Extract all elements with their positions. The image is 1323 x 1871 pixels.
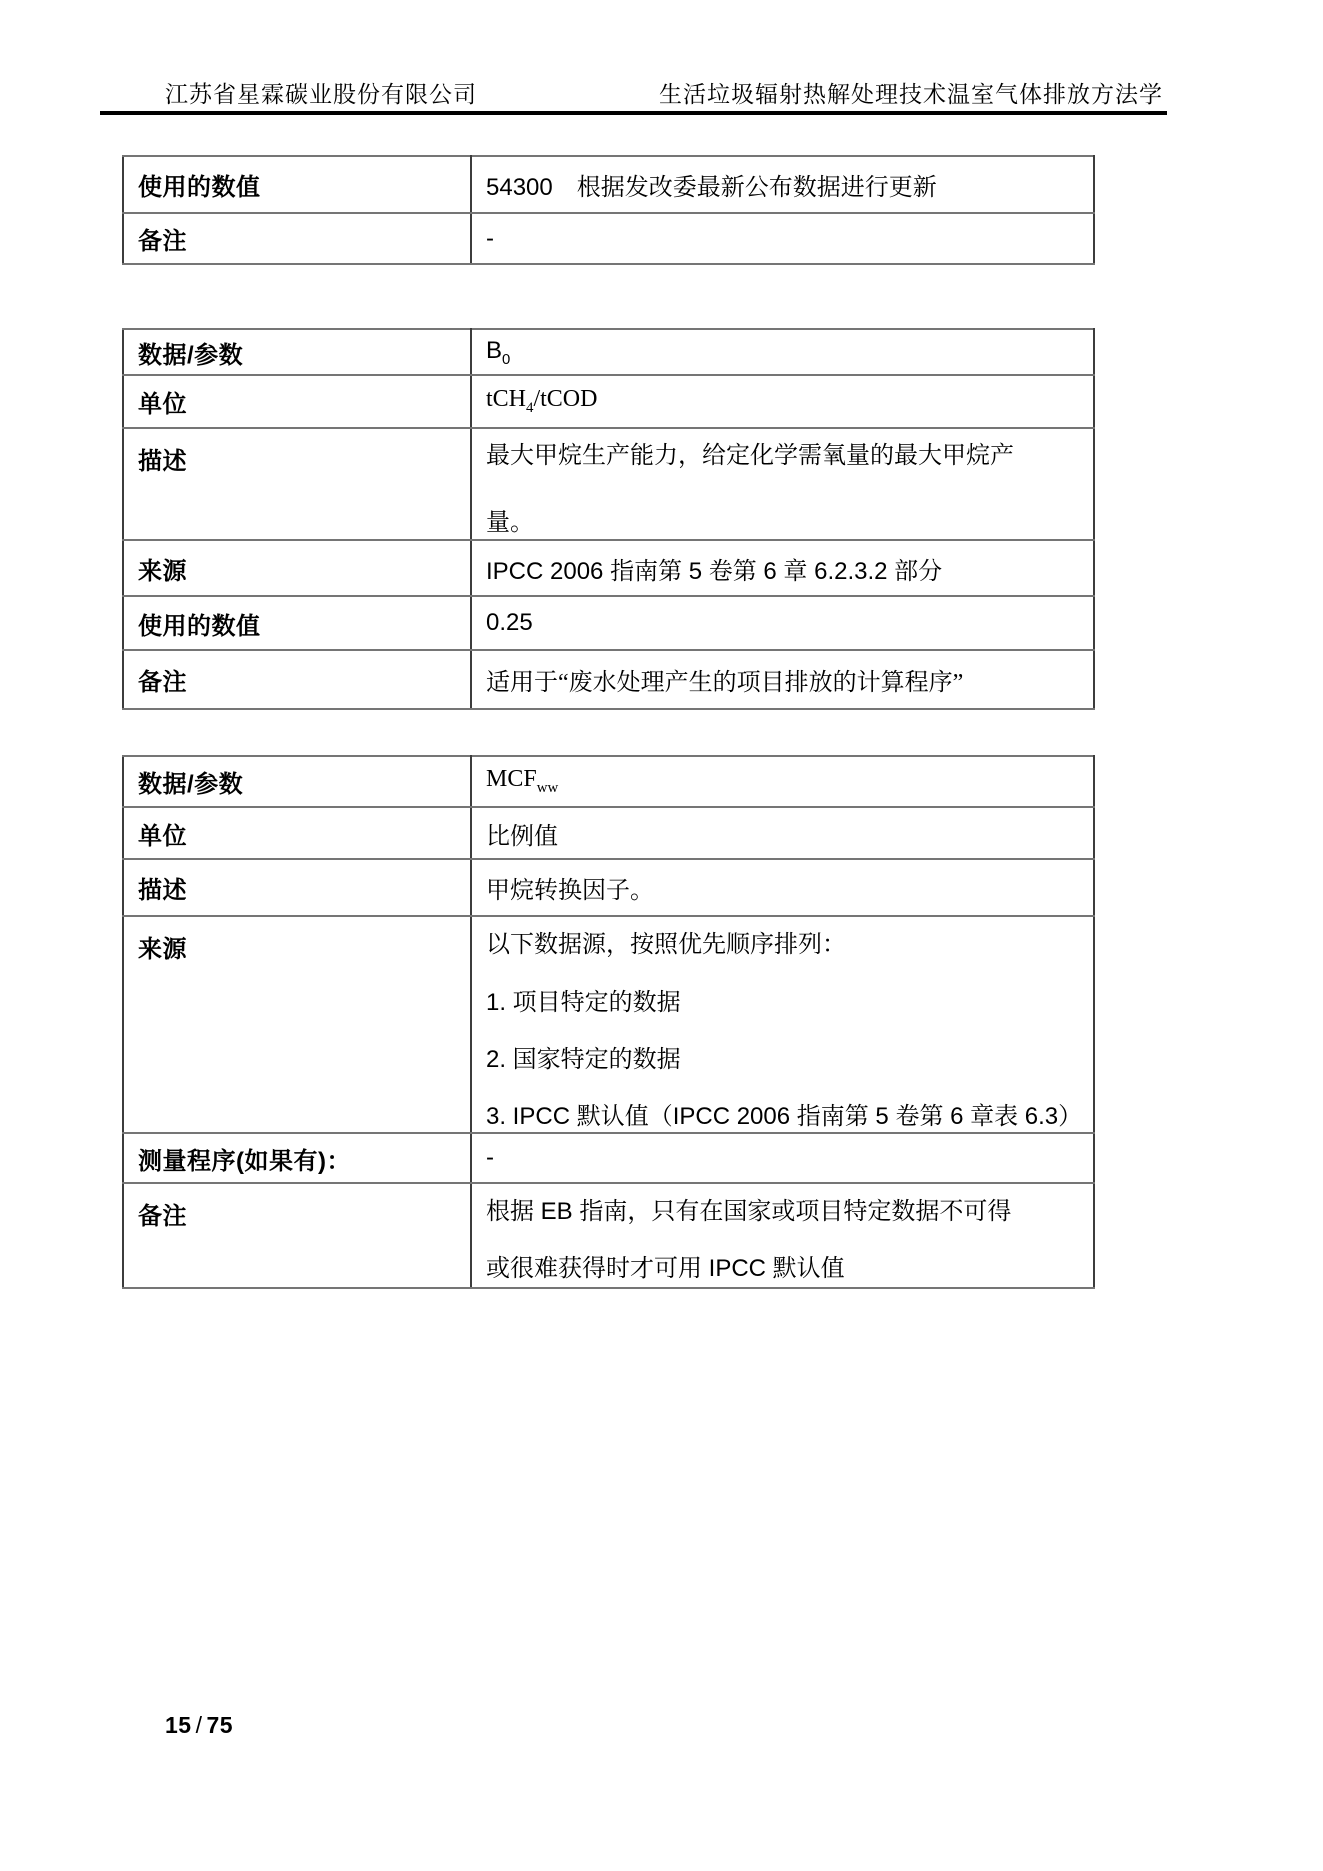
- header-document-title: 生活垃圾辐射热解处理技术温室气体排放方法学: [659, 76, 1163, 109]
- table-row: 来源 IPCC 2006 指南第 5 卷第 6 章 6.2.3.2 部分: [123, 540, 1094, 596]
- document-page: 江苏省星霖碳业股份有限公司 生活垃圾辐射热解处理技术温室气体排放方法学 使用的数…: [0, 0, 1323, 1871]
- description-line: 最大甲烷生产能力，给定化学需氧量的最大甲烷产: [486, 441, 1081, 472]
- row-label-description: 描述: [123, 859, 471, 916]
- row-label-parameter: 数据/参数: [123, 756, 471, 807]
- row-label-remark: 备注: [123, 650, 471, 709]
- row-value-remark: 根据 EB 指南，只有在国家或项目特定数据不可得 或很难获得时才可用 IPCC …: [471, 1183, 1094, 1288]
- table-row: 备注 -: [123, 213, 1094, 264]
- table-gap: [122, 710, 1093, 755]
- table-row: 来源 以下数据源，按照优先顺序排列： 1. 项目特定的数据 2. 国家特定的数据…: [123, 916, 1094, 1133]
- unit-base: tCH: [486, 386, 526, 412]
- row-label-value-used: 使用的数值: [123, 156, 471, 213]
- table-row: 测量程序(如果有)： -: [123, 1133, 1094, 1183]
- row-label-source: 来源: [123, 540, 471, 596]
- source-line: 2. 国家特定的数据: [486, 1044, 1081, 1075]
- row-value-parameter: B0: [471, 329, 1094, 375]
- row-label-remark: 备注: [123, 213, 471, 264]
- table-row: 使用的数值 54300 根据发改委最新公布数据进行更新: [123, 156, 1094, 213]
- row-value-remark: -: [471, 213, 1094, 264]
- row-value-source: IPCC 2006 指南第 5 卷第 6 章 6.2.3.2 部分: [471, 540, 1094, 596]
- table-row: 单位 比例值: [123, 807, 1094, 859]
- table-row: 使用的数值 0.25: [123, 596, 1094, 650]
- description-line: 量。: [486, 508, 1081, 539]
- row-value-source: 以下数据源，按照优先顺序排列： 1. 项目特定的数据 2. 国家特定的数据 3.…: [471, 916, 1094, 1133]
- parameter-table-continuation: 使用的数值 54300 根据发改委最新公布数据进行更新 备注 -: [122, 155, 1095, 265]
- page-number-separator: /: [192, 1712, 207, 1738]
- page-number: 15/75: [165, 1712, 233, 1739]
- row-label-measurement-procedure: 测量程序(如果有)：: [123, 1133, 471, 1183]
- page-content: 使用的数值 54300 根据发改委最新公布数据进行更新 备注 - 数据/参数 B…: [122, 155, 1093, 1289]
- row-value-unit: tCH4/tCOD: [471, 375, 1094, 428]
- remark-line: 或很难获得时才可用 IPCC 默认值: [486, 1253, 1081, 1284]
- parameter-table-mcfww: 数据/参数 MCFww 单位 比例值 描述 甲烷转换因子。 来源 以下数据源，按…: [122, 755, 1095, 1289]
- param-symbol-subscript: ww: [537, 780, 559, 796]
- page-number-total: 75: [206, 1712, 233, 1738]
- table-gap: [122, 265, 1093, 328]
- table-row: 单位 tCH4/tCOD: [123, 375, 1094, 428]
- row-value-value-used: 54300 根据发改委最新公布数据进行更新: [471, 156, 1094, 213]
- source-line: 1. 项目特定的数据: [486, 987, 1081, 1018]
- table-row: 描述 甲烷转换因子。: [123, 859, 1094, 916]
- table-row: 备注 根据 EB 指南，只有在国家或项目特定数据不可得 或很难获得时才可用 IP…: [123, 1183, 1094, 1288]
- row-label-unit: 单位: [123, 807, 471, 859]
- row-label-remark: 备注: [123, 1183, 471, 1288]
- row-value-value-used: 0.25: [471, 596, 1094, 650]
- param-symbol-base: B: [486, 337, 502, 364]
- table-row: 描述 最大甲烷生产能力，给定化学需氧量的最大甲烷产 量。: [123, 428, 1094, 540]
- row-value-measurement-procedure: -: [471, 1133, 1094, 1183]
- row-label-description: 描述: [123, 428, 471, 540]
- remark-line: 根据 EB 指南，只有在国家或项目特定数据不可得: [486, 1196, 1081, 1227]
- parameter-table-b0: 数据/参数 B0 单位 tCH4/tCOD 描述 最大甲烷生产能力，给定化学需氧…: [122, 328, 1095, 710]
- row-label-source: 来源: [123, 916, 471, 1133]
- source-line: 以下数据源，按照优先顺序排列：: [486, 929, 1081, 960]
- table-row: 数据/参数 MCFww: [123, 756, 1094, 807]
- row-label-unit: 单位: [123, 375, 471, 428]
- row-label-value-used: 使用的数值: [123, 596, 471, 650]
- row-value-description: 甲烷转换因子。: [471, 859, 1094, 916]
- row-value-remark: 适用于“废水处理产生的项目排放的计算程序”: [471, 650, 1094, 709]
- header-rule: [100, 111, 1167, 115]
- param-symbol-base: MCF: [486, 766, 537, 792]
- table-row: 数据/参数 B0: [123, 329, 1094, 375]
- row-value-parameter: MCFww: [471, 756, 1094, 807]
- row-value-description: 最大甲烷生产能力，给定化学需氧量的最大甲烷产 量。: [471, 428, 1094, 540]
- table-row: 备注 适用于“废水处理产生的项目排放的计算程序”: [123, 650, 1094, 709]
- header-company-name: 江苏省星霖碳业股份有限公司: [165, 76, 477, 109]
- page-number-current: 15: [165, 1712, 192, 1738]
- unit-rest: /tCOD: [533, 386, 597, 412]
- source-line: 3. IPCC 默认值（IPCC 2006 指南第 5 卷第 6 章表 6.3）: [486, 1101, 1081, 1132]
- row-label-parameter: 数据/参数: [123, 329, 471, 375]
- row-value-unit: 比例值: [471, 807, 1094, 859]
- param-symbol-subscript: 0: [502, 351, 510, 367]
